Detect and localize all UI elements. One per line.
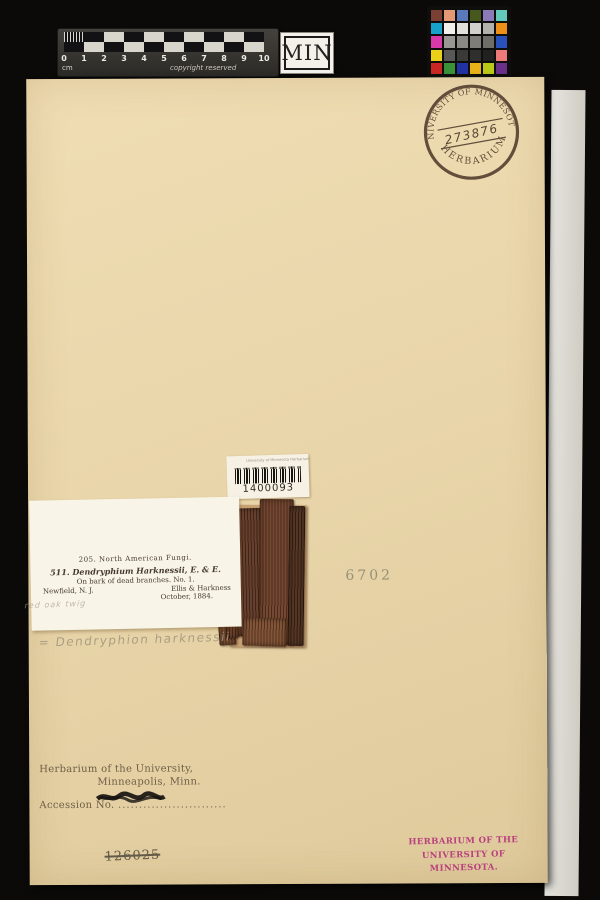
color-patch bbox=[457, 63, 468, 74]
barcode-number: 1400093 bbox=[227, 482, 309, 495]
scale-number: 8 bbox=[214, 54, 234, 63]
color-patch bbox=[470, 63, 481, 74]
scale-block bbox=[204, 42, 224, 52]
color-patch bbox=[470, 36, 481, 47]
color-patch bbox=[457, 23, 468, 34]
color-patch bbox=[444, 36, 455, 47]
scale-number: 4 bbox=[134, 54, 154, 63]
scale-block bbox=[104, 32, 124, 42]
scale-block bbox=[164, 32, 184, 42]
barcode-label: University of Minnesota Herbarium 140009… bbox=[226, 454, 309, 499]
round-herbarium-stamp: UNIVERSITY OF MINNESOTA HERBARIUM 273876 bbox=[411, 72, 532, 193]
scale-number: 10 bbox=[254, 54, 274, 63]
scale-block bbox=[244, 32, 264, 42]
color-patch bbox=[483, 36, 494, 47]
bark-strip bbox=[287, 506, 305, 646]
herbarium-photo: 012345678910 cm copyright reserved MIN U… bbox=[0, 0, 600, 900]
color-patch bbox=[431, 23, 442, 34]
scale-block bbox=[84, 32, 104, 42]
barcode-header-text: University of Minnesota Herbarium bbox=[246, 457, 289, 462]
scale-block bbox=[64, 42, 84, 52]
scale-blocks-row2 bbox=[64, 42, 264, 52]
scale-block bbox=[124, 32, 144, 42]
color-patch bbox=[444, 50, 455, 61]
color-patch bbox=[431, 10, 442, 21]
specimen-sheet: UNIVERSITY OF MINNESOTA HERBARIUM 273876… bbox=[26, 77, 548, 885]
scale-number: 9 bbox=[234, 54, 254, 63]
label-series-line: 205. North American Fungi. bbox=[30, 553, 240, 565]
institution-code-text: MIN bbox=[281, 41, 332, 65]
imprint-line1: Herbarium of the University, bbox=[39, 763, 229, 775]
scale-copyright-text: copyright reserved bbox=[170, 64, 236, 72]
scale-number: 3 bbox=[114, 54, 134, 63]
purple-stamp-line2: UNIVERSITY OF MINNESOTA. bbox=[405, 848, 524, 878]
scale-block bbox=[224, 42, 244, 52]
imprint-line2: Minneapolis, Minn. bbox=[97, 776, 229, 788]
scale-number: 0 bbox=[54, 54, 74, 63]
scale-block bbox=[144, 42, 164, 52]
scale-block bbox=[84, 42, 104, 52]
scale-block bbox=[184, 32, 204, 42]
color-patch bbox=[444, 10, 455, 21]
color-patch bbox=[457, 36, 468, 47]
scale-bar: 012345678910 cm copyright reserved bbox=[58, 29, 278, 76]
scale-block bbox=[64, 32, 84, 42]
specimen-bark-group bbox=[26, 77, 544, 79]
accession-number-stamp: 6702 bbox=[345, 568, 393, 584]
scale-blocks-row1 bbox=[64, 32, 264, 42]
scale-number: 1 bbox=[74, 54, 94, 63]
color-checker-card bbox=[427, 6, 511, 78]
scale-block bbox=[124, 42, 144, 52]
scale-number: 2 bbox=[94, 54, 114, 63]
color-patch bbox=[483, 50, 494, 61]
scale-number: 6 bbox=[174, 54, 194, 63]
herbarium-imprint: Herbarium of the University, Minneapolis… bbox=[39, 763, 229, 811]
scale-block bbox=[224, 32, 244, 42]
scribbled-out-number bbox=[95, 790, 167, 806]
scale-block bbox=[164, 42, 184, 52]
color-patch bbox=[483, 23, 494, 34]
color-patch bbox=[470, 10, 481, 21]
color-patch bbox=[496, 23, 507, 34]
color-patch bbox=[457, 10, 468, 21]
scale-numbers: 012345678910 bbox=[54, 54, 278, 64]
scale-block bbox=[104, 42, 124, 52]
color-patch bbox=[483, 10, 494, 21]
color-patch bbox=[444, 23, 455, 34]
scale-block bbox=[204, 32, 224, 42]
scale-unit-label: cm bbox=[62, 64, 73, 72]
scale-number: 5 bbox=[154, 54, 174, 63]
institution-code-border: MIN bbox=[284, 36, 330, 70]
color-patch bbox=[431, 36, 442, 47]
color-patch bbox=[496, 36, 507, 47]
underlying-sheet-edge bbox=[544, 90, 585, 896]
scale-number: 7 bbox=[194, 54, 214, 63]
bark-strip bbox=[242, 617, 287, 646]
pencil-annotation: = Dendryphion harknessii bbox=[38, 630, 232, 650]
institution-code-card: MIN bbox=[281, 33, 333, 73]
color-patch bbox=[431, 50, 442, 61]
color-patch bbox=[444, 63, 455, 74]
purple-herbarium-stamp: HERBARIUM OF THE UNIVERSITY OF MINNESOTA… bbox=[404, 834, 523, 877]
specimen-label: 205. North American Fungi. 511. Dendryph… bbox=[29, 497, 242, 631]
scale-block bbox=[244, 42, 264, 52]
color-patch bbox=[483, 63, 494, 74]
scale-block bbox=[184, 42, 204, 52]
color-patch bbox=[496, 50, 507, 61]
color-patch bbox=[457, 50, 468, 61]
color-patch bbox=[496, 10, 507, 21]
color-patch bbox=[431, 63, 442, 74]
color-patch bbox=[470, 50, 481, 61]
scale-block bbox=[144, 32, 164, 42]
label-locality: Newfield, N. J. bbox=[43, 587, 94, 596]
color-patch bbox=[470, 23, 481, 34]
struck-number: 126025 bbox=[104, 848, 160, 865]
